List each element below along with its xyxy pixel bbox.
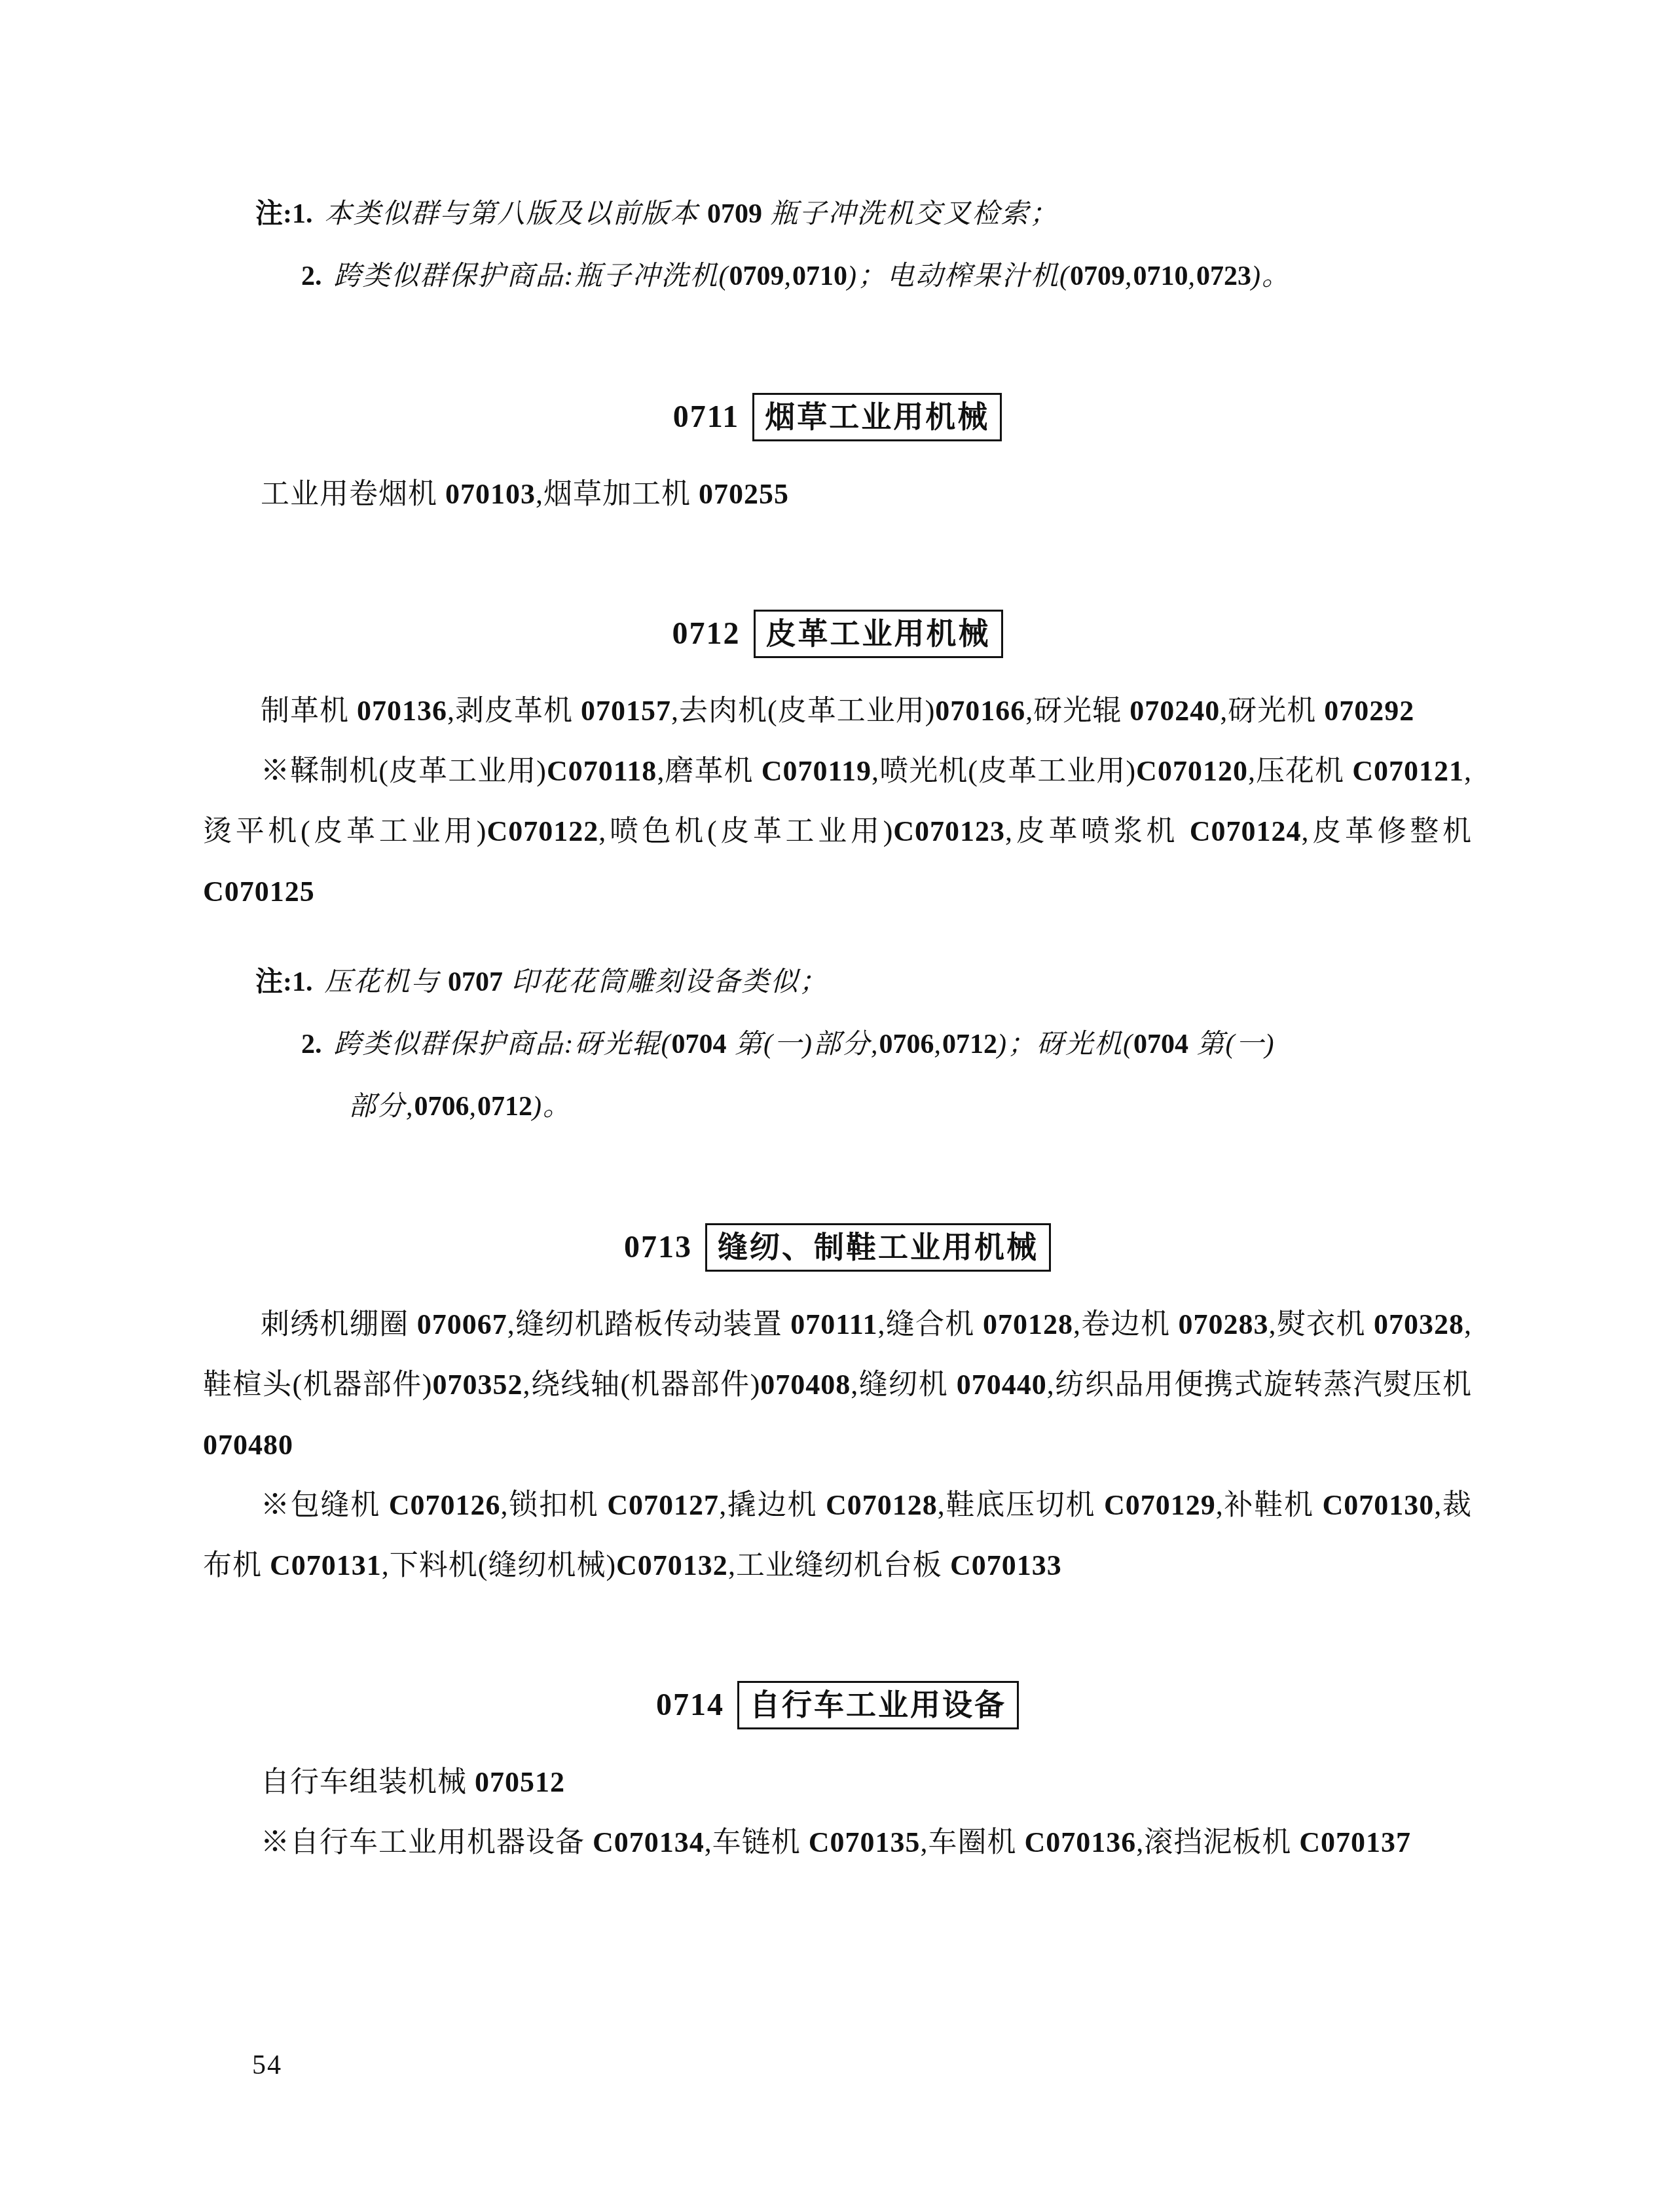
section-title: 缝纫、制鞋工业用机械 bbox=[705, 1223, 1051, 1272]
section-heading: 0714自行车工业用设备 bbox=[203, 1681, 1472, 1729]
section-notes: 注:1.压花机与 0707 印花花筒雕刻设备类似； 2.跨类似群保护商品:砑光辊… bbox=[203, 951, 1472, 1138]
note-line: 2.跨类似群保护商品:砑光辊(0704 第(一)部分,0706,0712)；砑光… bbox=[301, 1014, 1472, 1076]
section-body: 刺绣机绷圈 070067,缝纫机踏板传动装置 070111,缝合机 070128… bbox=[203, 1295, 1472, 1596]
note-marker: 2. bbox=[301, 261, 322, 291]
note-text: 本类似群与第八版及以前版本 0709 瓶子冲洗机交叉检索； bbox=[325, 199, 1059, 229]
section-heading: 0712皮革工业用机械 bbox=[203, 610, 1472, 658]
section-body: 工业用卷烟机 070103,烟草加工机 070255 bbox=[203, 464, 1472, 525]
note-text: 部分,0706,0712)。 bbox=[348, 1092, 572, 1122]
paragraph: ※鞣制机(皮革工业用)C070118,磨革机 C070119,喷光机(皮革工业用… bbox=[203, 741, 1472, 922]
paragraph: 工业用卷烟机 070103,烟草加工机 070255 bbox=[203, 464, 1472, 525]
section-body: 自行车组装机械 070512 ※自行车工业用机器设备 C070134,车链机 C… bbox=[203, 1752, 1472, 1873]
section-heading: 0711烟草工业用机械 bbox=[203, 393, 1472, 441]
section-heading: 0713缝纫、制鞋工业用机械 bbox=[203, 1223, 1472, 1272]
note-line: 注:1.压花机与 0707 印花花筒雕刻设备类似； bbox=[255, 951, 1472, 1014]
paragraph: 刺绣机绷圈 070067,缝纫机踏板传动装置 070111,缝合机 070128… bbox=[203, 1295, 1472, 1475]
section-0713: 0713缝纫、制鞋工业用机械 刺绣机绷圈 070067,缝纫机踏板传动装置 07… bbox=[203, 1223, 1472, 1596]
note-marker: 2. bbox=[301, 1029, 322, 1060]
note-line: 部分,0706,0712)。 bbox=[348, 1076, 1472, 1138]
section-body: 制革机 070136,剥皮革机 070157,去肉机(皮革工业用)070166,… bbox=[203, 681, 1472, 922]
section-title: 皮革工业用机械 bbox=[754, 610, 1003, 658]
note-text: 压花机与 0707 印花花筒雕刻设备类似； bbox=[325, 967, 828, 997]
paragraph: ※包缝机 C070126,锁扣机 C070127,撬边机 C070128,鞋底压… bbox=[203, 1475, 1472, 1596]
paragraph: 制革机 070136,剥皮革机 070157,去肉机(皮革工业用)070166,… bbox=[203, 681, 1472, 741]
section-code: 0712 bbox=[672, 616, 741, 651]
note-text: 跨类似群保护商品:砑光辊(0704 第(一)部分,0706,0712)；砑光机(… bbox=[334, 1029, 1276, 1060]
document-page: 注:1.本类似群与第八版及以前版本 0709 瓶子冲洗机交叉检索； 2.跨类似群… bbox=[0, 0, 1671, 2212]
note-line: 注:1.本类似群与第八版及以前版本 0709 瓶子冲洗机交叉检索； bbox=[255, 183, 1472, 246]
paragraph: 自行车组装机械 070512 bbox=[203, 1752, 1472, 1813]
intro-notes: 注:1.本类似群与第八版及以前版本 0709 瓶子冲洗机交叉检索； 2.跨类似群… bbox=[203, 183, 1472, 308]
section-title: 自行车工业用设备 bbox=[737, 1681, 1019, 1729]
note-marker: 注:1. bbox=[255, 199, 313, 229]
note-line: 2.跨类似群保护商品:瓶子冲洗机(0709,0710)；电动榨果汁机(0709,… bbox=[301, 246, 1472, 308]
section-0711: 0711烟草工业用机械 工业用卷烟机 070103,烟草加工机 070255 bbox=[203, 393, 1472, 525]
section-code: 0711 bbox=[673, 399, 739, 434]
section-0712: 0712皮革工业用机械 制革机 070136,剥皮革机 070157,去肉机(皮… bbox=[203, 610, 1472, 1138]
page-number: 54 bbox=[252, 2050, 282, 2081]
section-0714: 0714自行车工业用设备 自行车组装机械 070512 ※自行车工业用机器设备 … bbox=[203, 1681, 1472, 1873]
note-text: 跨类似群保护商品:瓶子冲洗机(0709,0710)；电动榨果汁机(0709,07… bbox=[334, 261, 1291, 291]
section-code: 0713 bbox=[624, 1230, 692, 1264]
paragraph: ※自行车工业用机器设备 C070134,车链机 C070135,车圈机 C070… bbox=[203, 1813, 1472, 1873]
note-marker: 注:1. bbox=[255, 967, 313, 997]
page-content: 注:1.本类似群与第八版及以前版本 0709 瓶子冲洗机交叉检索； 2.跨类似群… bbox=[203, 0, 1472, 1873]
section-code: 0714 bbox=[656, 1687, 724, 1722]
section-title: 烟草工业用机械 bbox=[752, 393, 1002, 441]
